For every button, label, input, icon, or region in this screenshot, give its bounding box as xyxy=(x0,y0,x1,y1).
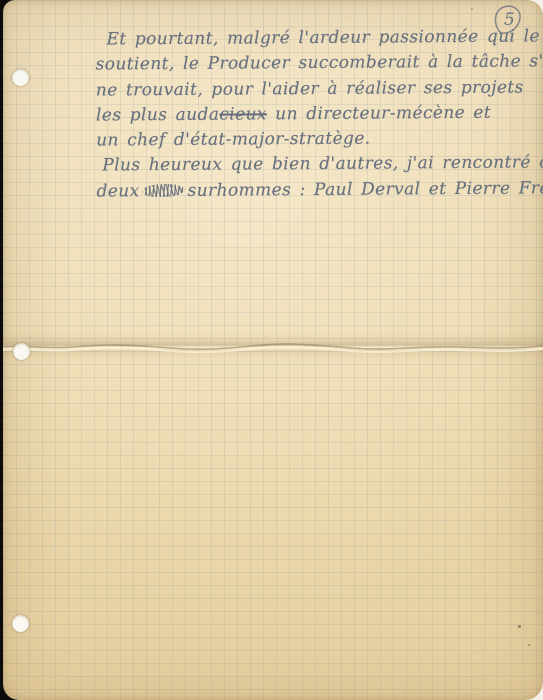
manuscript-scan: 5 Et pourtant, malgré l'ardeur passionné… xyxy=(0,0,543,700)
age-speck xyxy=(528,644,530,646)
handwritten-line-1: Et pourtant, malgré l'ardeur passionnée … xyxy=(95,24,535,52)
struck-text-segment: cieux xyxy=(219,104,267,124)
fold-crease-line xyxy=(3,332,543,360)
punch-hole-bottom xyxy=(12,615,29,632)
age-speck xyxy=(518,625,521,628)
text-segment: un chef d'état-major-stratège. xyxy=(96,129,371,151)
text-segment: surhommes : Paul Derval et Pierre Fréjol… xyxy=(188,178,543,201)
punch-hole-middle xyxy=(13,343,30,360)
scribbled-out-word xyxy=(142,183,184,197)
handwritten-text: Et pourtant, malgré l'ardeur passionnée … xyxy=(95,24,536,204)
handwritten-line-5: un chef d'état-major-stratège. xyxy=(96,126,536,154)
handwritten-line-7: deuxsurhommes : Paul Derval et Pierre Fr… xyxy=(96,176,536,204)
punch-hole-top xyxy=(12,69,29,86)
text-segment: soutient, le Producer succomberait à la … xyxy=(96,52,543,75)
age-speck xyxy=(471,8,473,10)
text-segment: Et pourtant, malgré l'ardeur passionnée … xyxy=(106,26,540,49)
handwritten-line-3: ne trouvait, pour l'aider à réaliser ses… xyxy=(96,75,536,103)
text-segment: un directeur-mécène et xyxy=(267,103,491,125)
text-segment: deux xyxy=(96,181,139,201)
text-segment: ne trouvait, pour l'aider à réaliser ses… xyxy=(96,77,524,100)
text-segment: Plus heureux que bien d'autres, j'ai ren… xyxy=(102,153,543,176)
handwritten-line-2: soutient, le Producer succomberait à la … xyxy=(96,50,536,78)
handwritten-line-4: les plus audacieux un directeur-mécène e… xyxy=(96,100,536,128)
manuscript-page: 5 Et pourtant, malgré l'ardeur passionné… xyxy=(3,0,543,700)
handwritten-line-6: Plus heureux que bien d'autres, j'ai ren… xyxy=(96,151,536,179)
fold-crease xyxy=(3,332,543,360)
text-segment: les plus auda xyxy=(96,105,219,126)
